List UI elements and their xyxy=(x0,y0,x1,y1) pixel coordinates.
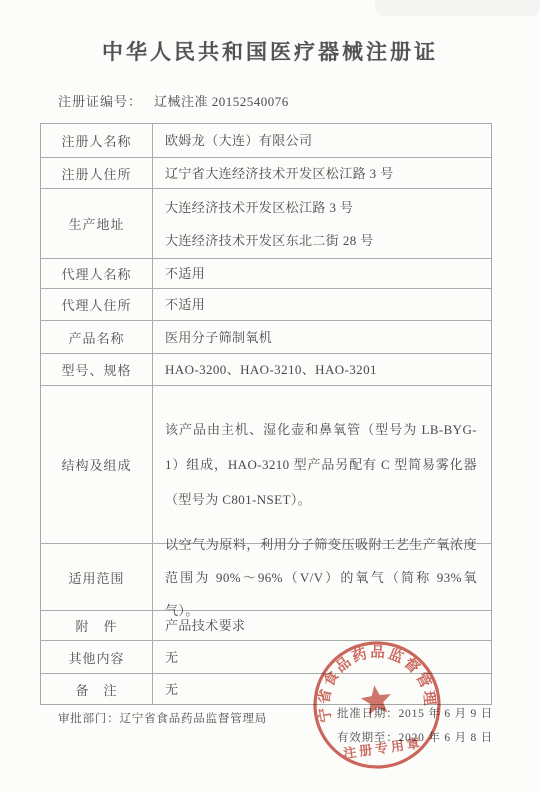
table-row-model-spec: 型号、规格 HAO-3200、HAO-3210、HAO-3201 xyxy=(41,354,491,386)
row-value: 医用分子筛制氧机 xyxy=(165,321,477,354)
official-seal-stamp: 辽宁省食品药品监督管理局 注册专用章 xyxy=(298,626,456,784)
table-row-agent-name: 代理人名称 不适用 xyxy=(41,259,491,289)
row-label: 结构及组成 xyxy=(41,386,153,543)
row-value: 不适用 xyxy=(165,288,477,321)
registration-number-label: 注册证编号： xyxy=(58,94,142,109)
row-label: 生产地址 xyxy=(41,189,153,258)
row-value: HAO-3200、HAO-3210、HAO-3201 xyxy=(165,353,477,386)
row-label: 注册人住所 xyxy=(41,158,153,188)
approval-department: 审批部门：辽宁省食品药品监督管理局 xyxy=(58,710,267,726)
row-value: 该产品由主机、湿化壶和鼻氧管（型号为 LB-BYG-1）组成，HAO-3210 … xyxy=(165,412,477,517)
certificate-table: 注册人名称 欧姆龙（大连）有限公司 注册人住所 辽宁省大连经济技术开发区松江路 … xyxy=(40,123,492,705)
row-label: 代理人住所 xyxy=(41,289,153,320)
scan-artifact xyxy=(375,0,540,16)
table-row-registrant-name: 注册人名称 欧姆龙（大连）有限公司 xyxy=(41,124,491,158)
row-label: 型号、规格 xyxy=(41,354,153,385)
table-row-production-address: 生产地址 大连经济技术开发区松江路 3 号 大连经济技术开发区东北二街 28 号 xyxy=(41,189,491,259)
row-label: 适用范围 xyxy=(41,544,153,610)
certificate-title: 中华人民共和国医疗器械注册证 xyxy=(0,36,540,66)
registration-number-value: 辽械注准 20152540076 xyxy=(154,94,289,109)
table-row-agent-address: 代理人住所 不适用 xyxy=(41,289,491,321)
row-value: 欧姆龙（大连）有限公司 xyxy=(165,124,477,157)
table-row-structure-composition: 结构及组成 该产品由主机、湿化壶和鼻氧管（型号为 LB-BYG-1）组成，HAO… xyxy=(41,386,491,544)
table-row-product-name: 产品名称 医用分子筛制氧机 xyxy=(41,321,491,354)
seal-star-icon xyxy=(359,683,393,716)
row-label: 注册人名称 xyxy=(41,124,153,157)
table-row-registrant-address: 注册人住所 辽宁省大连经济技术开发区松江路 3 号 xyxy=(41,158,491,189)
certificate-page: 中华人民共和国医疗器械注册证 注册证编号：辽械注准 20152540076 注册… xyxy=(0,0,540,793)
row-value-line-1: 大连经济技术开发区松江路 3 号 xyxy=(165,191,477,224)
row-label: 代理人名称 xyxy=(41,259,153,288)
row-value: 不适用 xyxy=(165,257,477,290)
row-label: 附 件 xyxy=(41,611,153,640)
row-label: 产品名称 xyxy=(41,321,153,353)
table-row-scope-of-application: 适用范围 以空气为原料，利用分子筛变压吸附工艺生产氧浓度范围为 90%～96%（… xyxy=(41,544,491,611)
registration-number-line: 注册证编号：辽械注准 20152540076 xyxy=(58,91,289,110)
row-label: 其他内容 xyxy=(41,641,153,673)
seal-graphic: 辽宁省食品药品监督管理局 注册专用章 xyxy=(298,626,456,784)
row-value: 辽宁省大连经济技术开发区松江路 3 号 xyxy=(165,157,477,190)
row-label: 备 注 xyxy=(41,674,153,704)
row-value-line-2: 大连经济技术开发区东北二街 28 号 xyxy=(165,224,477,257)
